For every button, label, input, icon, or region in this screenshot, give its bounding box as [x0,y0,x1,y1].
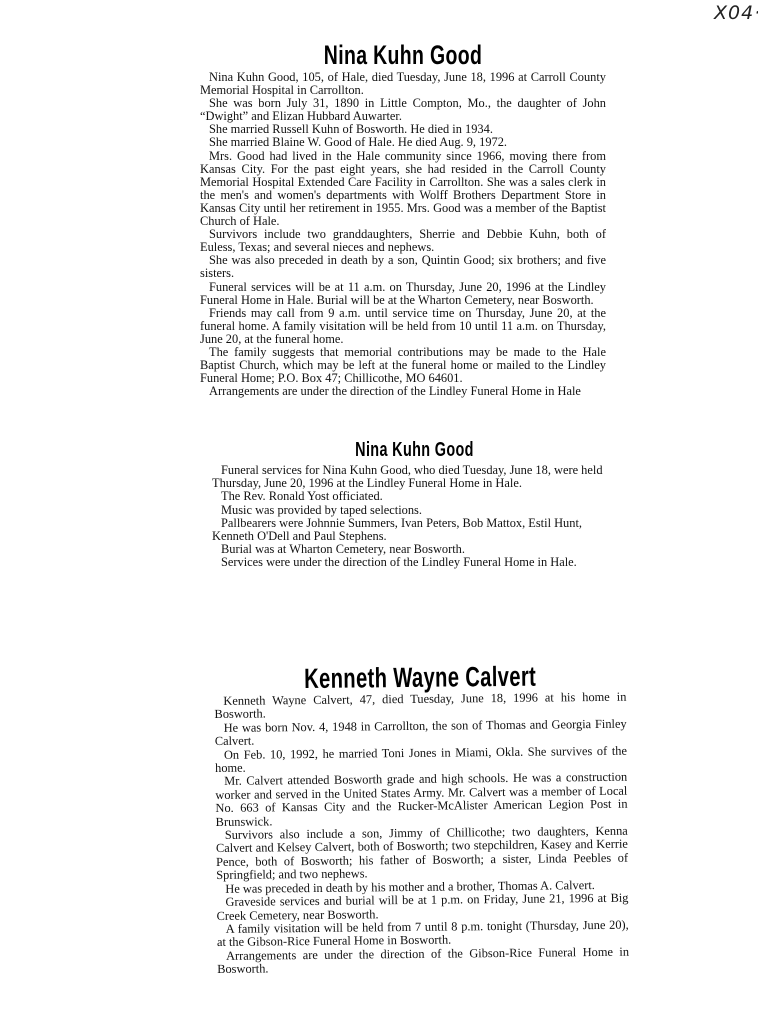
obituary-body: Kenneth Wayne Calvert, 47, died Tuesday,… [214,691,629,977]
paragraph: Arrangements are under the direction of … [217,945,629,976]
obituary-body: Funeral services for Nina Kuhn Good, who… [212,464,617,570]
paragraph: She was born July 31, 1890 in Little Com… [200,97,606,123]
obituary-headline: Kenneth Wayne Calvert [272,661,569,694]
paragraph: Music was provided by taped selections. [212,504,617,517]
paragraph: Arrangements are under the direction of … [200,385,606,398]
paragraph: Nina Kuhn Good, 105, of Hale, died Tuesd… [200,71,606,97]
paragraph: She was also preceded in death by a son,… [200,254,606,280]
paragraph: Pallbearers were Johnnie Summers, Ivan P… [212,517,617,543]
obituary-headline: Nina Kuhn Good [257,40,549,70]
paragraph: Survivors include two granddaughters, Sh… [200,228,606,254]
obituary-kenneth-wayne-calvert: Kenneth Wayne Calvert Kenneth Wayne Calv… [214,661,629,977]
paragraph: Funeral services will be at 11 a.m. on T… [200,281,606,307]
paragraph: Mr. Calvert attended Bosworth grade and … [215,771,628,829]
obituary-body: Nina Kuhn Good, 105, of Hale, died Tuesd… [200,71,606,398]
paragraph: The Rev. Ronald Yost officiated. [212,490,617,503]
paragraph: Services were under the direction of the… [212,556,617,569]
obituary-nina-kuhn-good: Nina Kuhn Good Nina Kuhn Good, 105, of H… [200,40,606,398]
obituary-nina-kuhn-good-services: Nina Kuhn Good Funeral services for Nina… [212,438,617,570]
paragraph: Survivors also include a son, Jimmy of C… [216,825,629,883]
paragraph: She married Blaine W. Good of Hale. He d… [200,136,606,149]
paragraph: The family suggests that memorial contri… [200,346,606,385]
paragraph: Funeral services for Nina Kuhn Good, who… [212,464,617,490]
handwritten-annotation: X04· [714,2,758,24]
paragraph: Mrs. Good had lived in the Hale communit… [200,150,606,229]
paragraph: Friends may call from 9 a.m. until servi… [200,307,606,346]
obituary-headline: Nina Kuhn Good [269,438,561,462]
